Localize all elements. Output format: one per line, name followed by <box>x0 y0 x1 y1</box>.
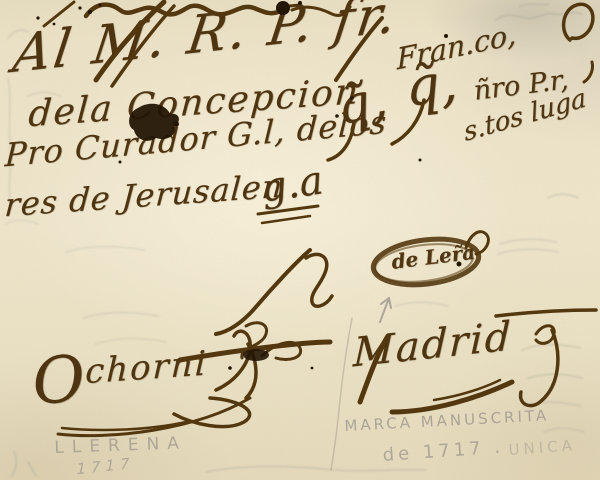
address-line5-flourish: g.a <box>258 157 326 211</box>
pencil-note-llerena: LLERENA <box>54 433 187 458</box>
postal-mark-text: de Ler̃a <box>390 240 476 274</box>
destination-madrid: Madrid <box>352 313 513 376</box>
manuscript-letter-1717: Al M. R. P. fr. Fran.co, q̃, ñro P.r, de… <box>0 0 600 480</box>
crease-line <box>331 318 352 470</box>
signature-initial: O <box>30 342 88 419</box>
address-line2-abbrev-q: q̃, <box>402 51 460 119</box>
pencil-note-year-1717: 1717 <box>75 454 136 479</box>
pencil-note-marca-manuscrita: MARCA MANUSCRITA <box>344 406 550 435</box>
pencil-arrow-icon <box>380 298 391 322</box>
pencil-note-de-1717: de 1717 . <box>382 437 505 466</box>
superscript-ring <box>564 4 593 40</box>
pencil-note-unica: UNICA <box>508 436 576 459</box>
address-line5: res de Jerusalen <box>3 167 284 225</box>
signature-name: chorni <box>85 343 209 392</box>
